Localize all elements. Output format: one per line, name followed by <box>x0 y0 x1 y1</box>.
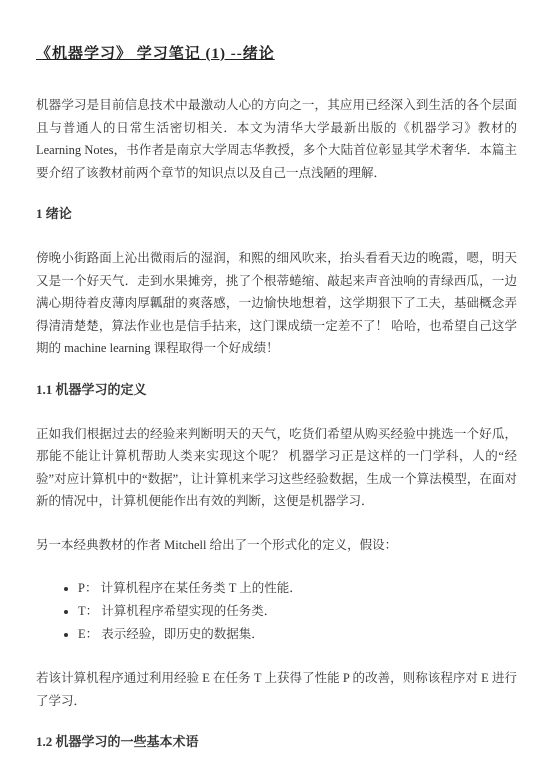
section-heading-basic-terms: 1.2 机器学习的一些基本术语 <box>36 733 517 751</box>
section-heading-definition: 1.1 机器学习的定义 <box>36 381 517 399</box>
section-heading-introduction: 1 绪论 <box>36 205 517 223</box>
list-item-t: T： 计算机程序希望实现的任务类． <box>78 600 517 623</box>
document-page: 《机器学习》 学习笔记 (1) --绪论 机器学习是目前信息技术中最激动人心的方… <box>0 0 553 757</box>
paragraph-definition: 正如我们根据过去的经验来判断明天的天气，吃货们希望从购买经验中挑选一个好瓜，那能… <box>36 423 517 513</box>
intro-paragraph: 机器学习是目前信息技术中最激动人心的方向之一，其应用已经深入到生活的各个层面且与… <box>36 94 517 184</box>
paragraph-learning-conclusion: 若该计算机程序通过利用经验 E 在任务 T 上获得了性能 P 的改善，则称该程序… <box>36 667 517 712</box>
list-item-p: P： 计算机程序在某任务类 T 上的性能． <box>78 577 517 600</box>
document-title: 《机器学习》 学习笔记 (1) --绪论 <box>36 44 517 64</box>
paragraph-evening-watermelon: 傍晚小街路面上沁出微雨后的湿润，和熙的细风吹来，抬头看看天边的晚霞，嗯，明天又是… <box>36 247 517 360</box>
paragraph-mitchell-intro: 另一本经典教材的作者 Mitchell 给出了一个形式化的定义，假设： <box>36 534 517 557</box>
list-item-e: E： 表示经验，即历史的数据集． <box>78 623 517 646</box>
mitchell-definition-list: P： 计算机程序在某任务类 T 上的性能． T： 计算机程序希望实现的任务类． … <box>36 577 517 646</box>
